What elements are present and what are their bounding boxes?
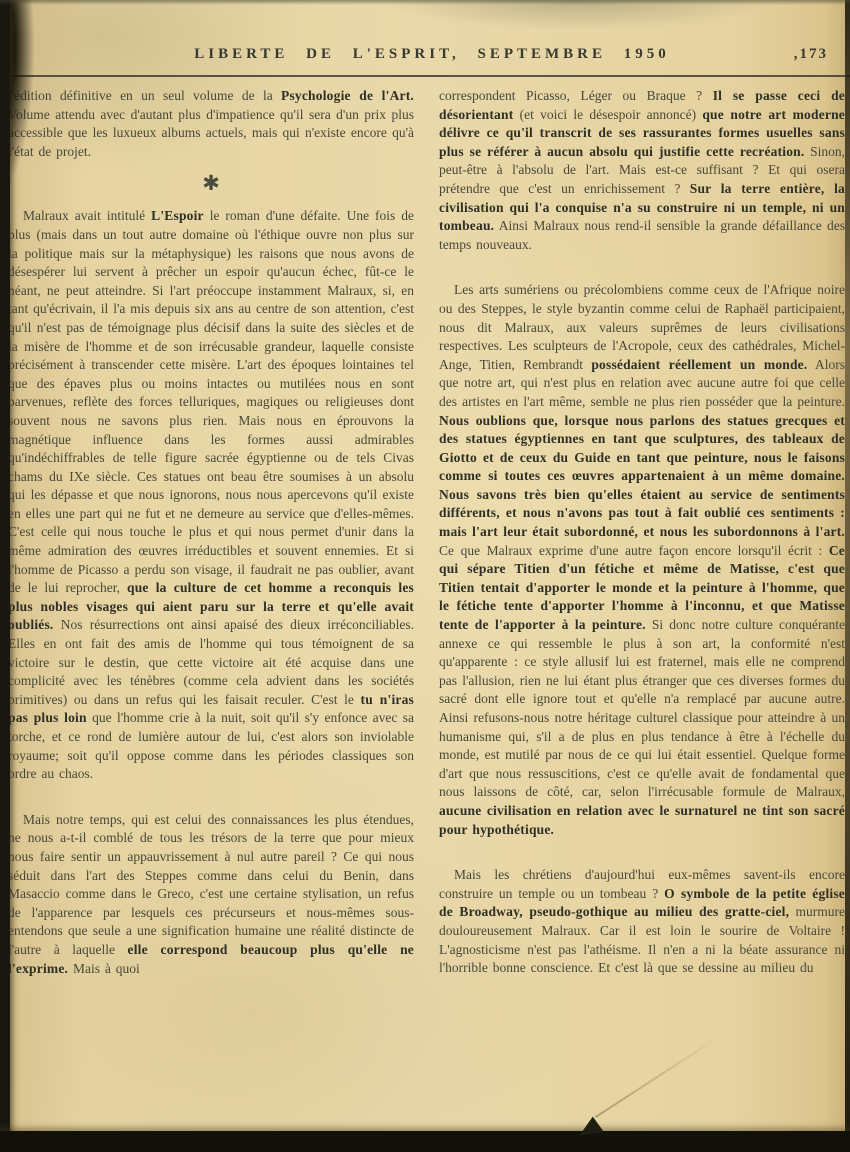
text-segment: Mais notre temps, qui est celui des conn…	[8, 812, 414, 957]
text-segment: (et voici le désespoir annoncé)	[513, 107, 702, 122]
page-header: LIBERTE DE L'ESPRIT, SEPTEMBRE 1950 ,173	[24, 46, 840, 68]
scan-edge-right	[845, 0, 850, 1152]
bold-text-segment: L'Espoir	[151, 208, 204, 223]
scan-edge-left	[0, 0, 10, 1152]
section-separator-star: ✱	[8, 173, 414, 194]
text-segment: Volume attendu avec d'autant plus d'impa…	[8, 107, 414, 159]
text-segment: Mais à quoi	[68, 961, 140, 976]
paragraph: Mais les chrétiens d'aujourd'hui eux-mêm…	[439, 866, 845, 978]
page-number: ,173	[794, 46, 828, 63]
text-segment: Nos résurrections ont ainsi apaisé des d…	[8, 617, 414, 706]
text-segment: Si donc notre culture conquérante annexe…	[439, 617, 845, 799]
bold-text-segment: aucune civilisation en relation avec le …	[439, 803, 845, 837]
bold-text-segment: Nous oublions que, lorsque nous parlons …	[439, 413, 845, 540]
text-columns: l'édition définitive en un seul volume d…	[8, 87, 845, 1129]
paragraph: Mais notre temps, qui est celui des conn…	[8, 811, 414, 978]
right-column: correspondent Picasso, Léger ou Braque ?…	[439, 87, 845, 1129]
bold-text-segment: possédaient réellement un monde.	[591, 357, 807, 372]
paragraph: l'édition définitive en un seul volume d…	[8, 87, 414, 161]
paragraph: correspondent Picasso, Léger ou Braque ?…	[439, 87, 845, 254]
page-number-value: 173	[800, 46, 829, 62]
text-segment: l'édition définitive en un seul volume d…	[8, 88, 281, 103]
scan-edge-top	[0, 0, 850, 5]
bold-text-segment: Psychologie de l'Art.	[281, 88, 414, 103]
left-column: l'édition définitive en un seul volume d…	[8, 87, 414, 1129]
scan-edge-bottom	[0, 1131, 850, 1152]
journal-title: LIBERTE DE L'ESPRIT, SEPTEMBRE 1950	[24, 46, 840, 63]
paper-crease-fold	[577, 1115, 604, 1135]
header-rule	[8, 75, 850, 77]
scanned-magazine-page: LIBERTE DE L'ESPRIT, SEPTEMBRE 1950 ,173…	[0, 0, 850, 1152]
paragraph: Malraux avait intitulé L'Espoir le roman…	[8, 207, 414, 783]
text-segment: Malraux avait intitulé	[23, 208, 151, 223]
text-segment: correspondent Picasso, Léger ou Braque ?	[439, 88, 713, 103]
text-segment: Ce que Malraux exprime d'une autre façon…	[439, 543, 829, 558]
paragraph: Les arts sumériens ou précolombiens comm…	[439, 281, 845, 839]
text-segment: Ainsi Malraux nous rend-il sensible la g…	[439, 218, 845, 252]
text-segment: le roman d'une défaite. Une fois de plus…	[8, 208, 414, 595]
